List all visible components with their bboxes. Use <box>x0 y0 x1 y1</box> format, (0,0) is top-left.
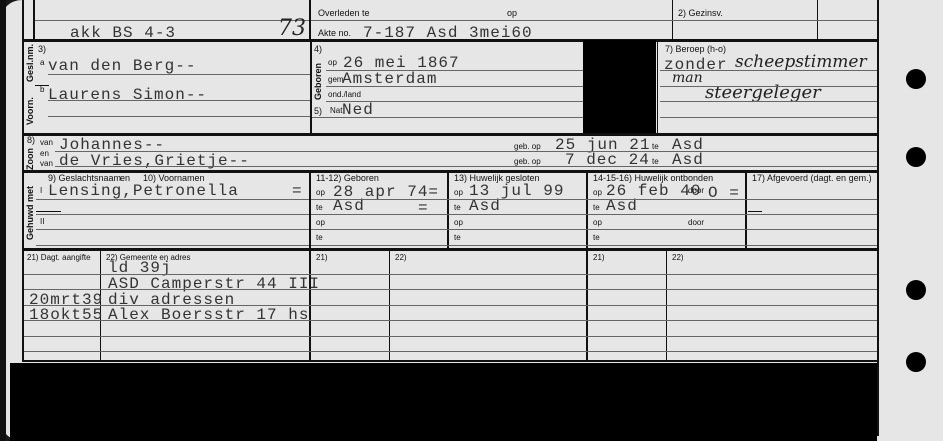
section-5: 5) <box>314 106 322 116</box>
rule <box>326 86 586 87</box>
te-label: te <box>316 203 323 212</box>
rule <box>24 289 877 290</box>
op-label: op <box>328 58 337 67</box>
rule <box>36 214 309 215</box>
rule <box>660 101 877 102</box>
op-label-2: op <box>454 218 463 227</box>
rule <box>24 274 877 275</box>
zoon-side-label: Zoon <box>25 148 35 170</box>
op-label: op <box>316 188 325 197</box>
father-te-label: te <box>652 142 659 151</box>
gehuwd-side-label: Gehuwd met <box>25 186 35 240</box>
born-header: 11-12) Geboren <box>316 173 379 183</box>
section-8: 8) <box>27 135 35 145</box>
rule <box>48 100 310 101</box>
op-label-2: op <box>593 218 602 227</box>
punch-hole <box>906 280 926 300</box>
rule <box>311 199 877 200</box>
divider <box>309 172 311 248</box>
section-rule <box>22 360 879 362</box>
rule <box>312 117 586 118</box>
date-header: 21) Dagt. aangifte <box>27 253 91 262</box>
rule <box>24 320 877 321</box>
mother-geb-label: geb. op <box>514 157 541 166</box>
occupation-handwritten-2: man <box>672 70 703 86</box>
rule <box>660 86 877 87</box>
section-rule <box>22 39 879 42</box>
te-label-2: te <box>454 233 461 242</box>
geboren-side-label: Geboren <box>313 63 323 100</box>
overleden-label: Overleden te <box>318 8 370 18</box>
divider <box>586 250 588 362</box>
rule <box>55 166 877 167</box>
marker-b: b <box>40 85 44 94</box>
spouse-name: Lensing,Petronella <box>48 182 239 200</box>
address-row: Alex Boersstr 17 hs <box>108 306 309 324</box>
voornamen-side-label: Voorn. <box>25 97 35 125</box>
te-label: te <box>593 203 600 212</box>
handwritten-mark: 73 <box>278 16 306 41</box>
beroep-label: 7) Beroep (h-o) <box>665 44 726 54</box>
father-geb-label: geb. op <box>514 142 541 151</box>
marker-a: a <box>40 58 44 67</box>
mother-te-label: te <box>652 157 659 166</box>
given-names: Laurens Simon-- <box>48 86 207 104</box>
dash <box>748 211 762 212</box>
mother-name: de Vries,Grietje-- <box>59 152 250 170</box>
divider <box>447 172 449 248</box>
address-date: 18okt55 <box>29 306 103 324</box>
section-rule <box>22 248 879 251</box>
punch-hole <box>906 352 926 372</box>
rule <box>660 70 877 71</box>
te-label-2: te <box>316 233 323 242</box>
redaction-block <box>583 40 656 136</box>
spouse-eq: = <box>292 182 303 200</box>
occupation-handwritten: scheepstimmer <box>735 52 867 72</box>
rule <box>311 214 877 215</box>
registration-card: akk BS 4-3 73 Overleden te op Akte no. 7… <box>0 0 943 441</box>
rule <box>326 101 586 102</box>
divider <box>389 250 390 362</box>
rule <box>326 70 586 71</box>
op-label: op <box>593 188 602 197</box>
frame-left <box>22 0 24 362</box>
frame-right <box>877 0 879 436</box>
left-edge <box>0 0 6 441</box>
door-label-2: door <box>688 218 704 227</box>
section-4: 4) <box>314 44 322 54</box>
rule <box>24 336 877 337</box>
dash <box>36 211 61 212</box>
rule <box>311 20 877 21</box>
surname: van den Berg-- <box>48 57 196 75</box>
rule <box>36 229 309 230</box>
section-3: 3) <box>38 44 46 54</box>
rule <box>36 199 309 200</box>
rule <box>311 229 877 230</box>
date-header-2: 21) <box>316 253 328 262</box>
divider <box>657 42 658 134</box>
redaction-block-bottom <box>10 363 877 441</box>
door-label: door <box>688 186 704 195</box>
op-label: op <box>454 188 463 197</box>
punch-hole <box>906 147 926 167</box>
divider <box>666 250 667 362</box>
rule <box>36 245 309 246</box>
rule <box>24 305 877 306</box>
overleden-op-label: op <box>507 8 517 18</box>
rule <box>55 151 877 152</box>
op-label-2: op <box>316 218 325 227</box>
te-label: te <box>454 203 461 212</box>
akte-label: Akte no. <box>318 28 351 38</box>
rule <box>24 351 877 352</box>
marker-ii: II <box>40 217 44 226</box>
removed-header: 17) Afgevoerd (dagt. en gem.) <box>752 173 872 183</box>
te-label-2: te <box>593 233 600 242</box>
nat-label: Nat <box>330 106 342 115</box>
rule <box>48 74 310 75</box>
van-label: van <box>40 138 53 147</box>
marker-i: I <box>40 186 42 195</box>
gezinsv-label: 2) Gezinsv. <box>678 8 723 18</box>
punch-hole <box>906 69 926 89</box>
divider <box>745 172 747 248</box>
address-header-2: 22) <box>395 253 407 262</box>
address-header-3: 22) <box>672 253 684 262</box>
en-label: en <box>40 149 49 158</box>
ond-land-label: ond./land <box>328 90 361 99</box>
rule <box>35 20 309 21</box>
geslachtsnaam-side-label: Gesl.nm. <box>25 44 35 82</box>
rule <box>660 117 877 118</box>
divider <box>310 42 312 134</box>
van-label-2: van <box>40 159 53 168</box>
date-header-3: 21) <box>593 253 605 262</box>
divider <box>586 172 588 248</box>
rule <box>48 116 310 117</box>
rule <box>311 245 877 246</box>
